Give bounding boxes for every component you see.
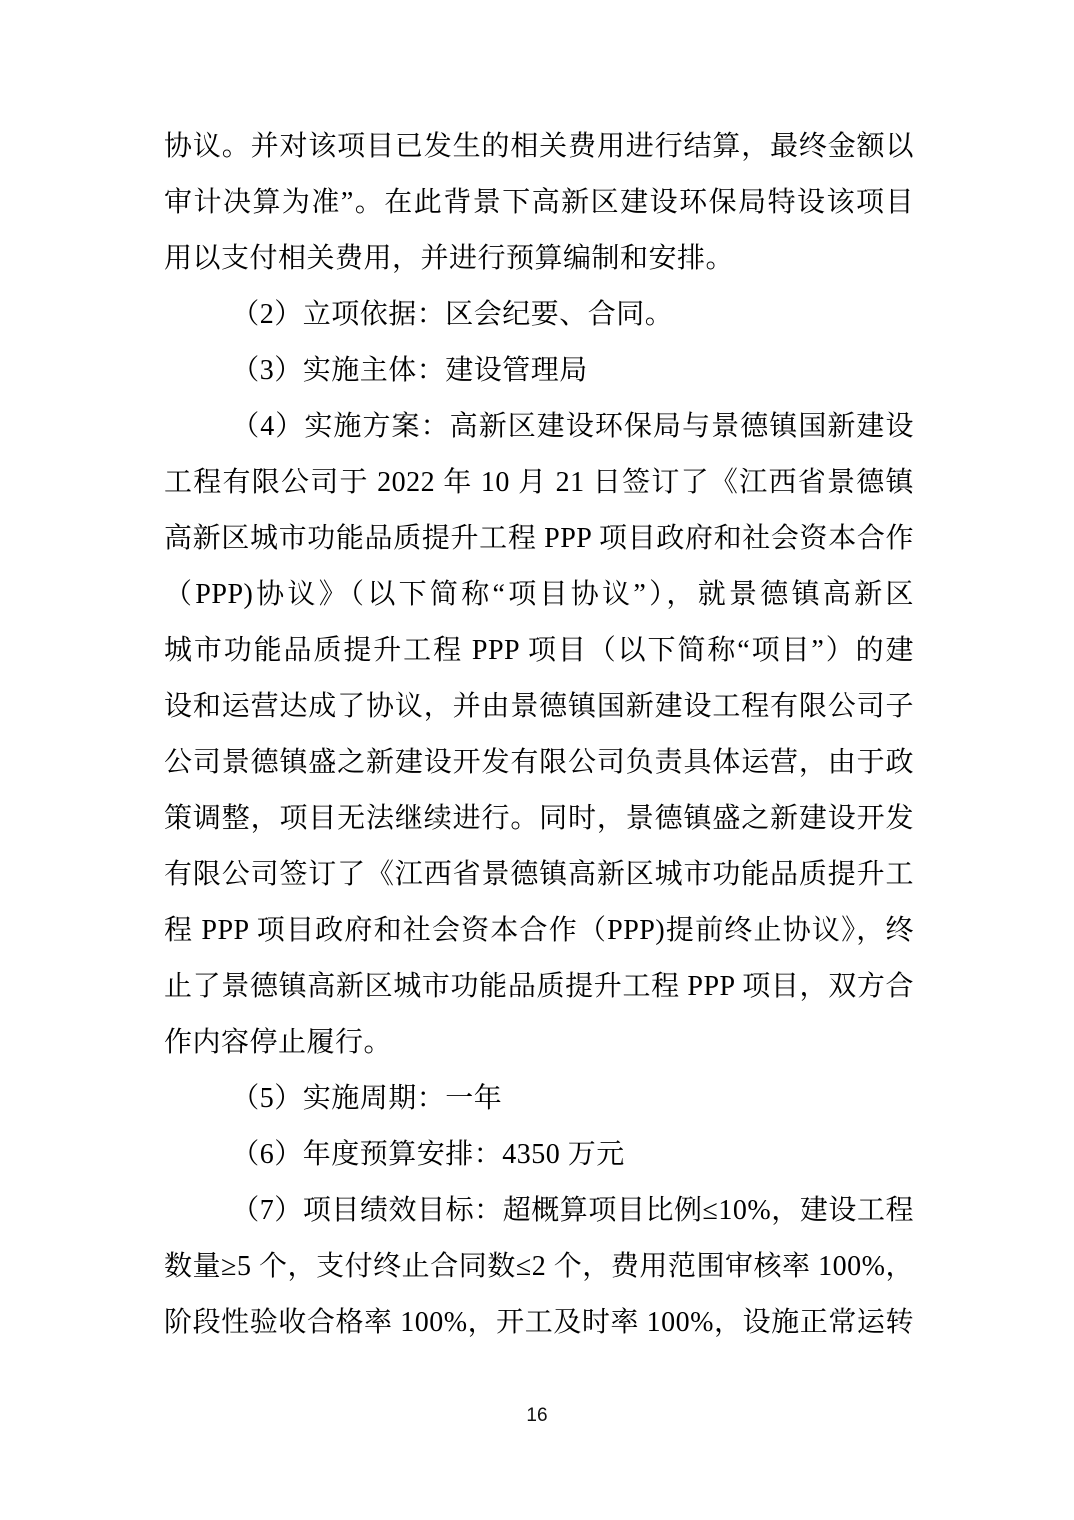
- document-page: 协议。并对该项目已发生的相关费用进行结算，最终金额以审计决算为准”。在此背景下高…: [0, 0, 1074, 1520]
- text-line: （2）立项依据：区会纪要、合同。: [164, 287, 914, 343]
- text-line: 公司景德镇盛之新建设开发有限公司负责具体运营，由于政: [164, 735, 914, 791]
- text-line: 用以支付相关费用，并进行预算编制和安排。: [164, 231, 914, 287]
- text-line: 有限公司签订了《江西省景德镇高新区城市功能品质提升工: [164, 847, 914, 903]
- text-line: 策调整，项目无法继续进行。同时，景德镇盛之新建设开发: [164, 791, 914, 847]
- text-line: 数量≥5 个，支付终止合同数≤2 个，费用范围审核率 100%，: [164, 1239, 914, 1295]
- document-body: 协议。并对该项目已发生的相关费用进行结算，最终金额以审计决算为准”。在此背景下高…: [164, 119, 914, 1351]
- text-line: 工程有限公司于 2022 年 10 月 21 日签订了《江西省景德镇: [164, 455, 914, 511]
- text-line: 设和运营达成了协议，并由景德镇国新建设工程有限公司子: [164, 679, 914, 735]
- page-number: 16: [0, 1405, 1074, 1427]
- text-line: 协议。并对该项目已发生的相关费用进行结算，最终金额以: [164, 119, 914, 175]
- text-line: （4）实施方案：高新区建设环保局与景德镇国新建设: [164, 399, 914, 455]
- text-line: 审计决算为准”。在此背景下高新区建设环保局特设该项目: [164, 175, 914, 231]
- text-line: （PPP)协议》（以下简称“项目协议”），就景德镇高新区: [164, 567, 914, 623]
- text-line: 止了景德镇高新区城市功能品质提升工程 PPP 项目，双方合: [164, 959, 914, 1015]
- text-line: 阶段性验收合格率 100%，开工及时率 100%，设施正常运转: [164, 1295, 914, 1351]
- text-line: （5）实施周期：一年: [164, 1071, 914, 1127]
- text-line: （3）实施主体：建设管理局: [164, 343, 914, 399]
- text-line: 作内容停止履行。: [164, 1015, 914, 1071]
- text-line: 高新区城市功能品质提升工程 PPP 项目政府和社会资本合作: [164, 511, 914, 567]
- text-line: 程 PPP 项目政府和社会资本合作（PPP)提前终止协议》，终: [164, 903, 914, 959]
- text-line: 城市功能品质提升工程 PPP 项目（以下简称“项目”）的建: [164, 623, 914, 679]
- text-line: （6）年度预算安排：4350 万元: [164, 1127, 914, 1183]
- text-line: （7）项目绩效目标：超概算项目比例≤10%，建设工程: [164, 1183, 914, 1239]
